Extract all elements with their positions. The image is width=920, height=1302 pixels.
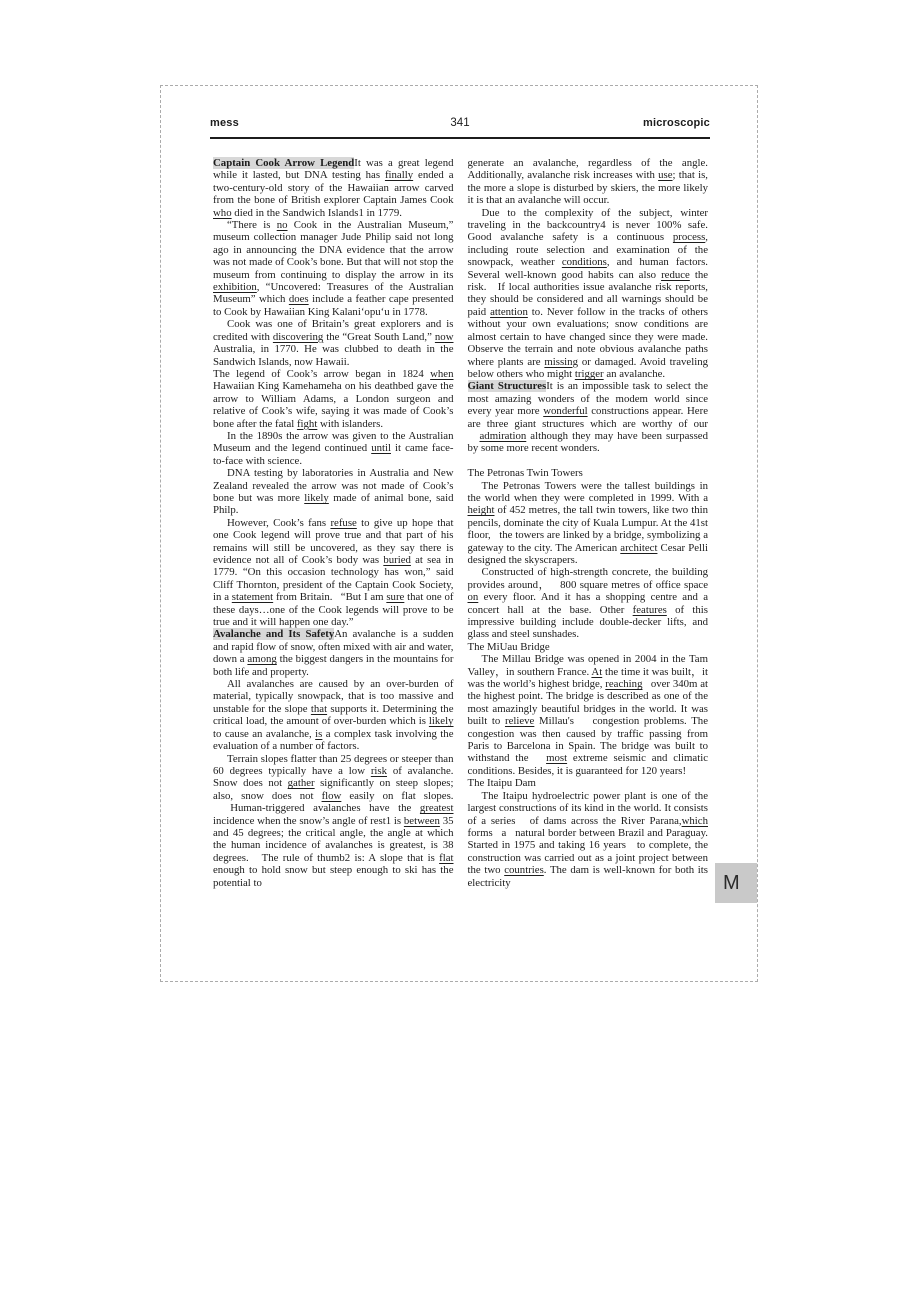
text-segment: “There is (227, 219, 277, 231)
paragraph: Giant StructuresIt is an impossible task… (468, 380, 709, 454)
underlined-word: flat (439, 852, 453, 864)
document-canvas: mess 341 microscopic Captain Cook Arrow … (0, 0, 920, 1302)
underlined-word: sure (386, 591, 404, 603)
text-segment: The MiUau Bridge (468, 641, 550, 653)
underlined-word: among (247, 653, 276, 665)
paragraph: Terrain slopes flatter than 25 degrees o… (213, 753, 454, 889)
underlined-word: fight (297, 418, 317, 430)
underlined-word: attention (490, 306, 528, 318)
blank-line (468, 455, 709, 467)
underlined-word: conditions (562, 256, 607, 268)
text-segment: from Britain. “But I am (273, 591, 386, 603)
underlined-word: relieve (505, 715, 534, 727)
underlined-word: reaching (605, 678, 642, 690)
section-heading: Avalanche and Its Safety (213, 628, 334, 640)
page-header: mess 341 microscopic (210, 117, 710, 139)
underlined-word: no (277, 219, 288, 231)
underlined-word: use (658, 169, 672, 181)
paragraph: All avalanches are caused by an over-bur… (213, 678, 454, 752)
underlined-word: does (289, 293, 309, 305)
underlined-word: discovering (273, 331, 323, 343)
underlined-word: refuse (330, 517, 356, 529)
running-head-right: microscopic (543, 117, 710, 129)
underlined-word: risk (371, 765, 387, 777)
underlined-word: process (673, 231, 705, 243)
text-segment: Australia, in 1770. He was clubbed to de… (213, 343, 454, 367)
paragraph: Constructed of high-strength concrete, t… (468, 566, 709, 640)
underlined-word: when (430, 368, 453, 380)
underlined-word: height (468, 504, 495, 516)
underlined-word: missing (544, 356, 578, 368)
underlined-word: flow (322, 790, 342, 802)
underlined-word: likely (304, 492, 329, 504)
text-segment: with islanders. (317, 418, 383, 430)
text-segment: enough to hold snow but steep enough to … (213, 864, 454, 888)
paragraph: The legend of Cook’s arrow began in 1824… (213, 368, 454, 430)
section-heading: Giant Structures (468, 380, 547, 392)
subheading: The MiUau Bridge (468, 641, 709, 653)
underlined-word: most (546, 752, 567, 764)
paragraph: In the 1890s the arrow was given to the … (213, 430, 454, 467)
underlined-word: which (682, 815, 708, 827)
document-page: mess 341 microscopic Captain Cook Arrow … (160, 85, 758, 982)
underlined-word: At (591, 666, 602, 678)
text-segment: The Petronas Twin Towers (468, 467, 583, 479)
subheading: The Itaipu Dam (468, 777, 709, 789)
text-segment: The Itaipu Dam (468, 777, 536, 789)
underlined-word: who (213, 207, 232, 219)
underlined-word: likely (429, 715, 454, 727)
text-segment: died in the Sandwich Islands1 in 1779. (232, 207, 402, 219)
underlined-word: statement (232, 591, 273, 603)
margin-tab-label: M (723, 872, 740, 895)
underlined-word: that (311, 703, 327, 715)
text-segment: The Petronas Towers were the tallest bui… (468, 480, 709, 504)
paragraph: Avalanche and Its SafetyAn avalanche is … (213, 628, 454, 678)
subheading: The Petronas Twin Towers (468, 467, 709, 479)
section-heading: Captain Cook Arrow Legend (213, 157, 354, 169)
underlined-word: trigger (575, 368, 604, 380)
paragraph: Captain Cook Arrow LegendIt was a great … (213, 157, 454, 219)
underlined-word: architect (620, 542, 657, 554)
underlined-word: gather (288, 777, 315, 789)
underlined-word: features (633, 604, 667, 616)
paragraph: However, Cook’s fans refuse to give up h… (213, 517, 454, 629)
underlined-word: between (404, 815, 440, 827)
margin-tab: M (715, 863, 757, 903)
paragraph: The Itaipu hydroelectric power plant is … (468, 790, 709, 889)
underlined-word: now (435, 331, 454, 343)
underlined-word: reduce (661, 269, 690, 281)
text-segment: an avalanche. (604, 368, 665, 380)
underlined-word: greatest (420, 802, 454, 814)
text-segment: The Itaipu hydroelectric power plant is … (468, 790, 709, 827)
paragraph: DNA testing by laboratories in Australia… (213, 467, 454, 517)
underlined-word: on (468, 591, 479, 603)
text-segment: to cause an avalanche, (213, 728, 315, 740)
text-segment: Constructed of high-strength concrete, t… (468, 566, 709, 590)
paragraph: generate an avalanche, regardless of the… (468, 157, 709, 207)
text-segment: However, Cook’s fans (227, 517, 330, 529)
text-column-left: Captain Cook Arrow LegendIt was a great … (213, 157, 454, 889)
paragraph: Cook was one of Britain’s great explorer… (213, 318, 454, 368)
paragraph: The Millau Bridge was opened in 2004 in … (468, 653, 709, 777)
underlined-word: admiration (480, 430, 527, 442)
paragraph: The Petronas Towers were the tallest bui… (468, 480, 709, 567)
underlined-word: wonderful (543, 405, 587, 417)
text-column-right: generate an avalanche, regardless of the… (468, 157, 709, 889)
text-segment: incidence when the snow’s angle of rest1… (213, 815, 404, 827)
paragraph: “There is no Cook in the Australian Muse… (213, 219, 454, 318)
underlined-word: exhibition (213, 281, 257, 293)
page-number: 341 (377, 117, 544, 129)
underlined-word: finally (385, 169, 413, 181)
page-body: Captain Cook Arrow LegendIt was a great … (213, 157, 708, 889)
underlined-word: until (371, 442, 391, 454)
text-segment: The legend of Cook’s arrow began in 1824 (213, 368, 430, 380)
underlined-word: countries (504, 864, 544, 876)
running-head-left: mess (210, 117, 377, 129)
underlined-word: buried (383, 554, 411, 566)
text-segment: the “Great South Land,” (323, 331, 435, 343)
paragraph: Due to the complexity of the subject, wi… (468, 207, 709, 381)
